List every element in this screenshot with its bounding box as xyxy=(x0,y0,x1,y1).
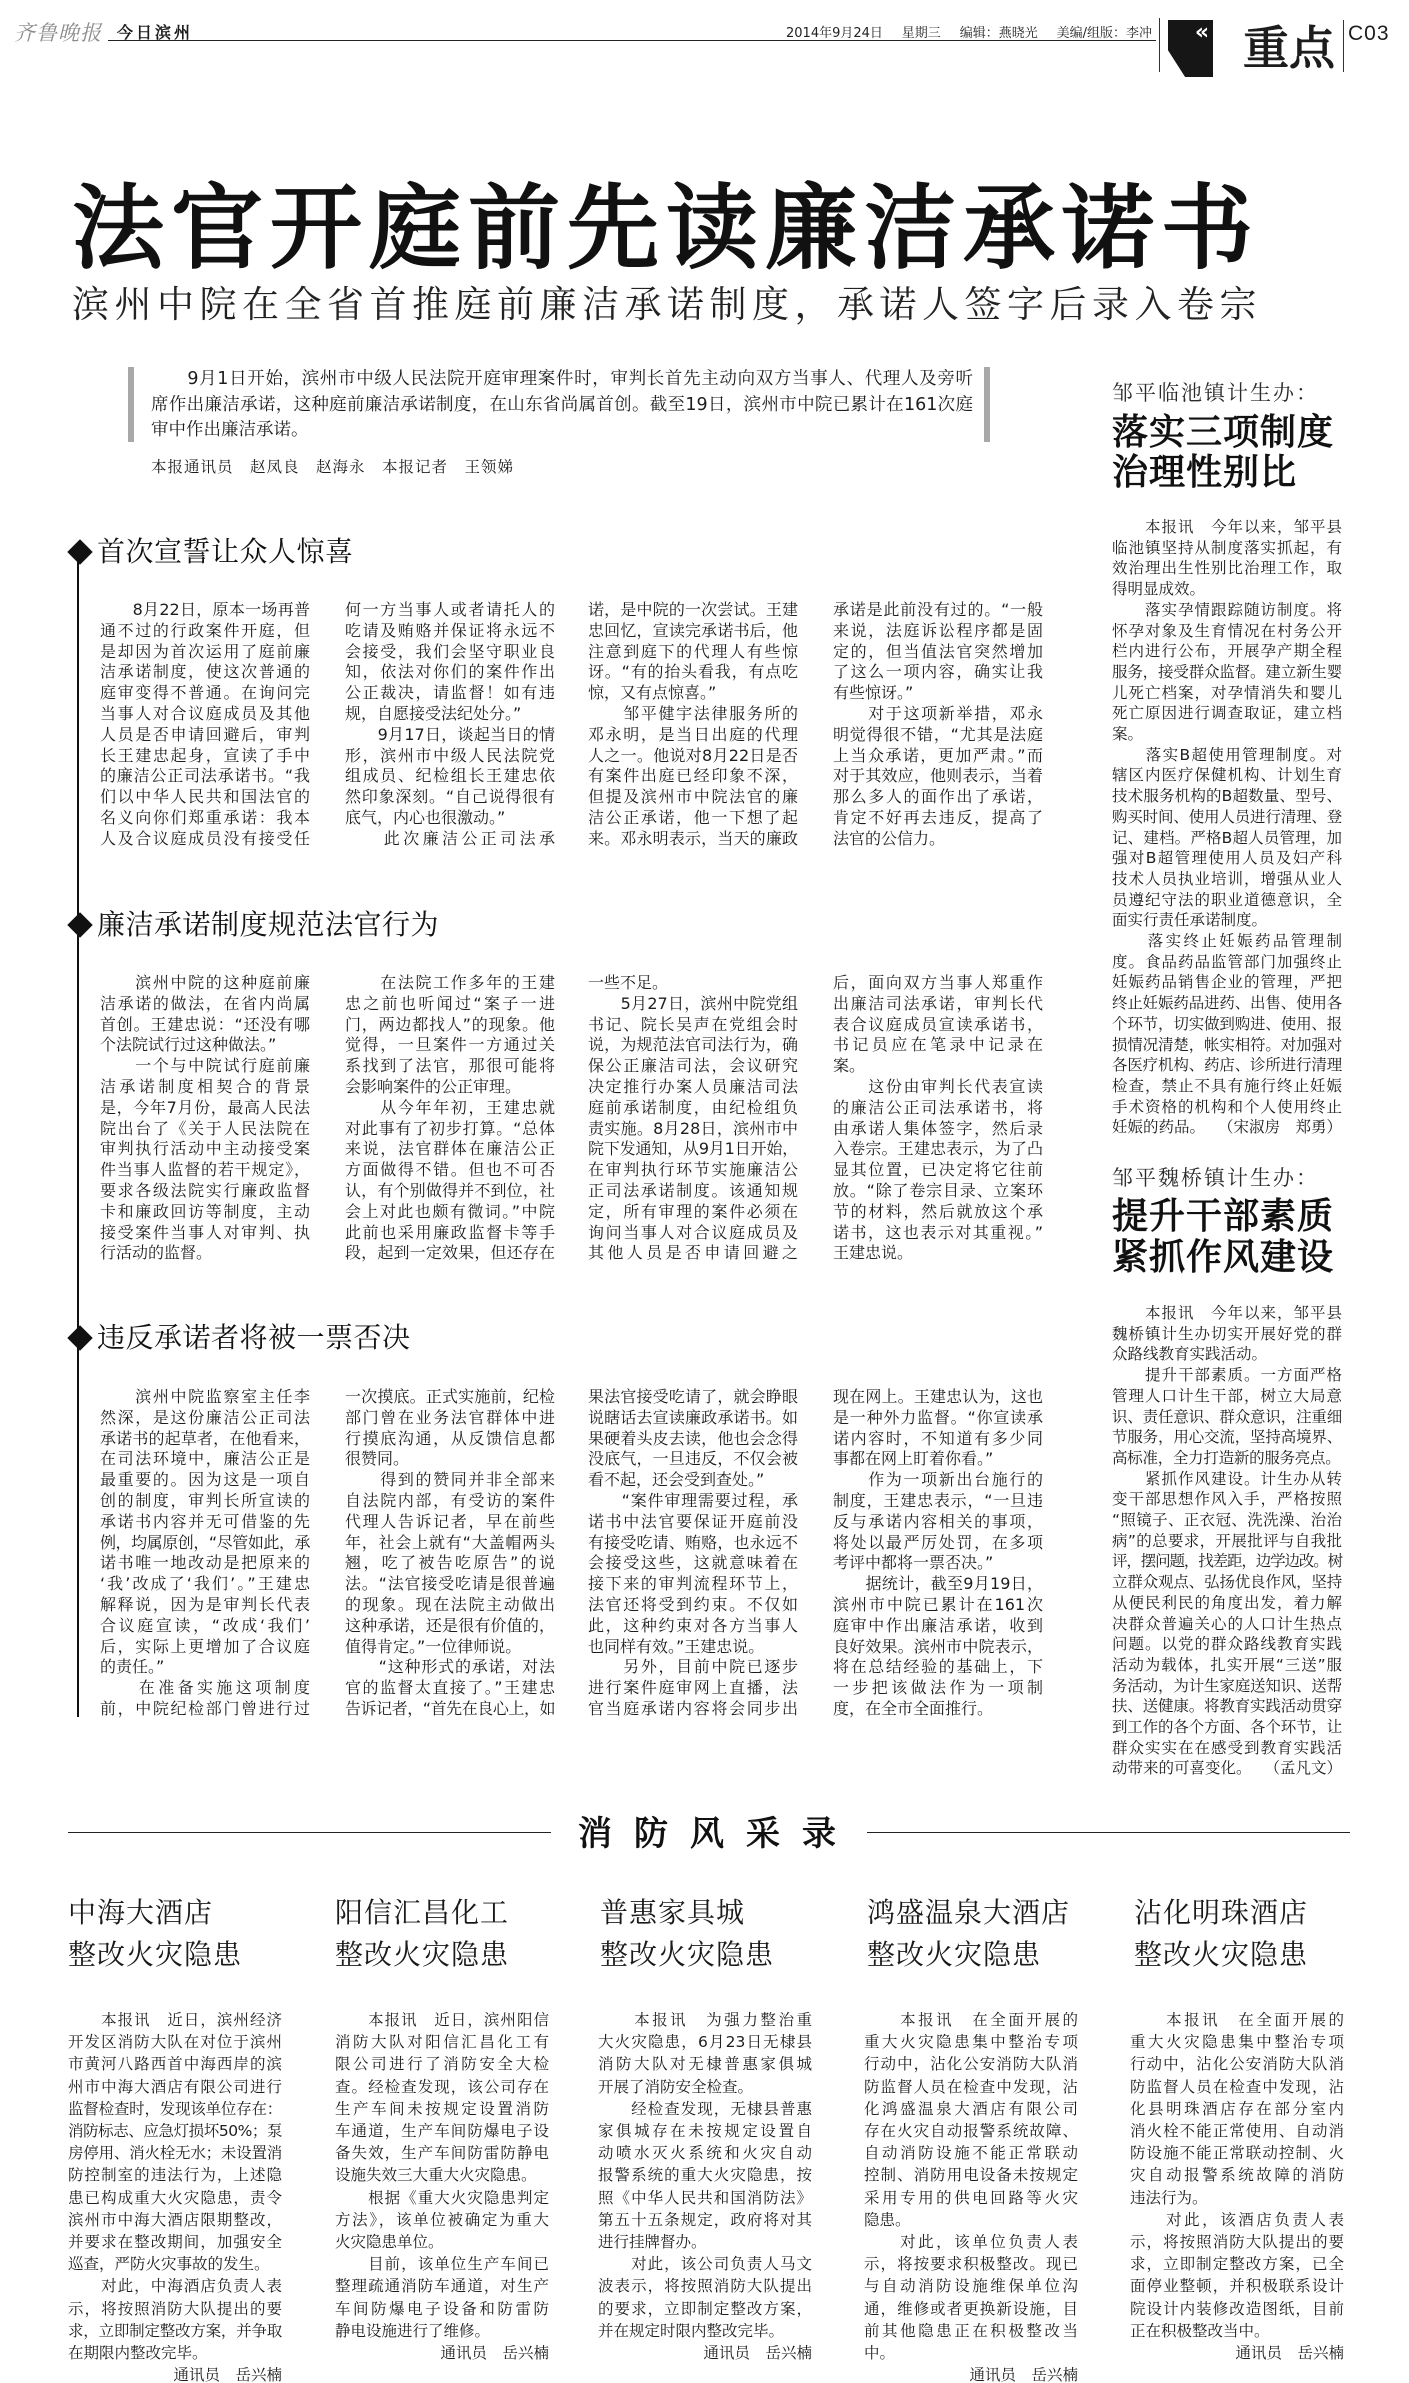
text-line: 第五十五条规定，政府将对其 xyxy=(598,2209,812,2231)
text-line: 在审判执行环节实施廉洁公 xyxy=(588,1160,798,1181)
text-line: 诺，是中院的一次尝试。王建 xyxy=(588,600,798,621)
text-line: 明觉得很不错，“尤其是法庭 xyxy=(833,725,1043,746)
text-line: 考评中都将一票否决。” xyxy=(833,1553,1043,1574)
text-line: 此次廉洁公正司法承 xyxy=(345,829,555,850)
text-line: 会接受，我们会坚守职业良 xyxy=(345,642,555,663)
diamond-bullet-icon xyxy=(67,539,92,564)
article-column: 后，面向双方当事人郑重作出廉洁司法承诺，审判长代表合议庭成员宣读承诺书，书记员应… xyxy=(833,973,1043,1264)
text-line: 将处以最严厉处罚，在多项 xyxy=(833,1533,1043,1554)
text-line: 从便民利民的角度出发，着力解 xyxy=(1112,1593,1342,1614)
text-line: 病”的总要求，开展批评与自我批 xyxy=(1112,1531,1342,1552)
text-line: 经检查发现，无棣县普惠 xyxy=(598,2098,812,2120)
text-line: 变干部思想作风入手，严格按照 xyxy=(1112,1489,1342,1510)
text-line: 落实B超使用管理制度。对 xyxy=(1112,745,1342,766)
text-line: “这种形式的承诺，对法 xyxy=(345,1657,555,1678)
text-line: 对于其效应，他则表示，当着 xyxy=(833,766,1043,787)
text-line: 会影响案件的公正审理。 xyxy=(345,1077,555,1098)
text-line: 何一方当事人或者请托人的 xyxy=(345,600,555,621)
text-line: 显其位置，已决定将它往前 xyxy=(833,1160,1043,1181)
text-line: 最重要的。因为这是一项自 xyxy=(100,1470,310,1491)
text-line: 度。食品药品监管部门加强终止 xyxy=(1112,952,1342,973)
issue-weekday: 星期三 xyxy=(902,26,941,42)
text-line: 诺书中法官要保证开庭前没 xyxy=(588,1512,798,1533)
text-line: 反与承诺内容相关的事项， xyxy=(833,1512,1043,1533)
text-line: 消防大队对阳信汇昌化工有 xyxy=(335,2031,549,2053)
text-line: 自法院内部，有受访的案件 xyxy=(345,1491,555,1512)
feature-item-title: 沾化明珠酒店 xyxy=(1134,1896,1308,1930)
text-line: 9月17日，谈起当日的情 xyxy=(345,725,555,746)
page-section-label: 重点 xyxy=(1243,22,1335,74)
text-line: 认，有个别做得并不到位，社 xyxy=(345,1181,555,1202)
text-line: 制度，王建忠表示，“一旦违 xyxy=(833,1491,1043,1512)
text-line: 注意到庭下的代理人有些惊 xyxy=(588,642,798,663)
text-line: 了这么一项内容，确实让我 xyxy=(833,662,1043,683)
text-line: 并在规定时限内整改完毕。 xyxy=(598,2320,812,2342)
text-line: 在司法环境中，廉洁公正是 xyxy=(100,1449,310,1470)
section-timeline xyxy=(77,552,79,1717)
text-line: 栏内进行公布，开展孕产期全程 xyxy=(1112,641,1342,662)
text-line: 没底气，一旦违反，不仅会被 xyxy=(588,1449,798,1470)
feature-item-byline: 通讯员 岳兴楠 xyxy=(598,2342,812,2364)
text-line: 火灾隐患单位。 xyxy=(335,2231,549,2253)
feature-item-body: 本报讯 在全面开展的重大火灾隐患集中整治专项行动中，沾化公安消防大队消防监督人员… xyxy=(1130,2009,1344,2342)
text-line: 忠回忆，宣读完承诺书后，他 xyxy=(588,621,798,642)
text-line: 面停业整顿，并积极联系设计 xyxy=(1130,2275,1344,2297)
text-line: 人及合议庭成员没有接受任 xyxy=(100,829,310,850)
text-line: “案件审理需要过程，承 xyxy=(588,1491,798,1512)
editor-credit: 编辑：燕晓光 xyxy=(960,26,1038,42)
text-line: 照《中华人民共和国消防法》 xyxy=(598,2187,812,2209)
article-column: 承诺是此前没有过的。“一般来说，法庭诉讼程序都是固定的，但当值法官突然增加了这么… xyxy=(833,600,1043,850)
text-line: 患已构成重大火灾隐患，责令 xyxy=(68,2187,282,2209)
article-subtitle: 滨州中院在全省首推庭前廉洁承诺制度，承诺人签字后录入卷宗 xyxy=(72,283,1262,327)
text-line: 是一种外力监督。“你宣读承 xyxy=(833,1408,1043,1429)
text-line: 防监督人员在检查中发现，沾 xyxy=(1130,2076,1344,2098)
text-line: 知，依法对你们的案件作出 xyxy=(345,662,555,683)
text-line: 在法院工作多年的王建 xyxy=(345,973,555,994)
text-line: 王建忠说。 xyxy=(833,1243,1043,1264)
article-column: 现在网上。王建忠认为，这也是一种外力监督。“你宣读承诺内容时，不知道有多少同事都… xyxy=(833,1387,1043,1720)
text-line: 临池镇坚持从制度落实抓起，有 xyxy=(1112,538,1342,559)
sidebar-headline: 治理性别比 xyxy=(1112,453,1297,494)
feature-item-title: 整改火灾隐患 xyxy=(68,1938,242,1972)
feature-item-column: 本报讯 为强力整治重大火灾隐患，6月23日无棣县消防大队对无棣普惠家俱城开展了消… xyxy=(598,2009,812,2364)
text-line: 灾自动报警系统故障的消防 xyxy=(1130,2164,1344,2186)
page-number: C03 xyxy=(1348,23,1390,45)
text-line: 妊娠药品销售企业的管理，严把 xyxy=(1112,972,1342,993)
text-line: 承诺书的起草者，在他看来， xyxy=(100,1429,310,1450)
text-line: 进行案件庭审网上直播，法 xyxy=(588,1678,798,1699)
text-line: 本报讯 在全面开展的 xyxy=(1130,2009,1344,2031)
text-line: 然印象深刻。“自己说得很有 xyxy=(345,787,555,808)
double-chevron-left-icon: « xyxy=(1190,22,1214,44)
text-line: 立群众观点、弘扬优良作风，坚持 xyxy=(1112,1572,1342,1593)
text-line: 接受案件当事人对审判、执 xyxy=(100,1223,310,1244)
feature-item-body: 本报讯 在全面开展的重大火灾隐患集中整治专项行动中，沾化公安消防大队消防监督人员… xyxy=(864,2009,1078,2364)
text-line: 官当庭承诺内容将会同步出 xyxy=(588,1699,798,1720)
text-line: 组成员、纪检组长王建忠依 xyxy=(345,766,555,787)
header-divider xyxy=(1159,18,1160,72)
text-line: 来说，法官群体在廉洁公正 xyxy=(345,1139,555,1160)
text-line: 肯定不好再去违反，提高了 xyxy=(833,808,1043,829)
text-line: “照镜子、正衣冠、洗洗澡、治治 xyxy=(1112,1510,1342,1531)
text-line: 5月27日，滨州中院党组 xyxy=(588,994,798,1015)
text-line: 部门曾在业务法官群体中进 xyxy=(345,1408,555,1429)
byline: （孟凡文） xyxy=(1264,1758,1342,1779)
text-line: 由承诺人集体签字，然后录 xyxy=(833,1119,1043,1140)
feature-item-title: 整改火灾隐患 xyxy=(335,1938,509,1972)
text-line: 的要求，立即制定整改方案， xyxy=(598,2298,812,2320)
text-line: 庭审变得不普通。在询问完 xyxy=(100,683,310,704)
text-line: 群众实实在在感受到教育实践活 xyxy=(1112,1738,1342,1759)
text-line: 查。经检查发现，该公司存在 xyxy=(335,2076,549,2098)
text-line: 年，社会上就有“大盖帽两头 xyxy=(345,1533,555,1554)
sidebar-headline: 提升干部素质 xyxy=(1112,1197,1334,1238)
text-line: 长王建忠起身，宣读了手中 xyxy=(100,746,310,767)
text-line: 院设计内装修改造图纸，目前 xyxy=(1130,2298,1344,2320)
text-line: 技术人员执业培训，增强从业人 xyxy=(1112,869,1342,890)
feature-item-body: 本报讯 为强力整治重大火灾隐患，6月23日无棣县消防大队对无棣普惠家俱城开展了消… xyxy=(598,2009,812,2342)
text-line: 紧抓作风建设。计生办从转 xyxy=(1112,1469,1342,1490)
text-line: 但提及滨州市中院法官的廉 xyxy=(588,787,798,808)
text-line: 节服务，用心交流，坚持高境界、 xyxy=(1112,1427,1342,1448)
text-line: 另外，目前中院已逐步 xyxy=(588,1657,798,1678)
article-column: 何一方当事人或者请托人的吃请及贿赂并保证将永远不会接受，我们会坚守职业良知，依法… xyxy=(345,600,555,850)
text-line: 果硬着头皮去读，他也会念得 xyxy=(588,1429,798,1450)
text-line: 员遵纪守法的职业道德意识，全 xyxy=(1112,890,1342,911)
diamond-bullet-icon xyxy=(67,912,92,937)
sidebar-kicker: 邹平临池镇计生办： xyxy=(1112,381,1319,405)
text-line: 监督检查时，发现该单位存在： xyxy=(68,2098,282,2120)
text-line: 示，将按要求积极整改。现已 xyxy=(864,2253,1078,2275)
feature-item-title: 整改火灾隐患 xyxy=(600,1938,774,1972)
text-line: 会上对此也颇有微词。”中院 xyxy=(345,1202,555,1223)
text-line: 上当众承诺，更加严肃。”而 xyxy=(833,746,1043,767)
text-line: 洁公正承诺，他一下想了起 xyxy=(588,808,798,829)
text-line: 本报讯 今年以来，邹平县 xyxy=(1112,1303,1342,1324)
text-line: 儿死亡档案，对孕情消失和婴儿 xyxy=(1112,683,1342,704)
text-line: 合议庭宣读，“改成‘我们’ xyxy=(100,1616,310,1637)
feature-banner: 消防风采录 xyxy=(578,1815,858,1853)
text-line: 通不过的行政案件开庭，但 xyxy=(100,621,310,642)
text-line: 洁承诺制度相契合的背景 xyxy=(100,1077,310,1098)
text-line: 务活动，为计生家庭送知识、送帮 xyxy=(1112,1676,1342,1697)
text-line: 事都在网上盯着你看。” xyxy=(833,1449,1043,1470)
text-line: 据统计，截至9月19日， xyxy=(833,1574,1043,1595)
feature-item-column: 本报讯 近日，滨州经济开发区消防大队在对位于滨州市黄河八路西首中海西岸的滨州市中… xyxy=(68,2009,282,2383)
text-line: 高标准，全力打造新的服务亮点。 xyxy=(1112,1448,1342,1469)
text-line: 从今年年初，王建忠就 xyxy=(345,1098,555,1119)
text-line: 邹平健宇法律服务所的 xyxy=(588,704,798,725)
text-line: 前，中院纪检部门曾进行过 xyxy=(100,1699,310,1720)
article-column: 滨州中院的这种庭前廉洁承诺的做法，在省内尚属首创。王建忠说：“还没有哪个法院试行… xyxy=(100,973,310,1264)
text-line: 说瞎话去宣读廉政承诺书。如 xyxy=(588,1408,798,1429)
text-line: 人之一。他说对8月22日是否 xyxy=(588,746,798,767)
text-line: 本报讯 近日，滨州阳信 xyxy=(335,2009,549,2031)
text-line: 良好效果。滨州市中院表示， xyxy=(833,1637,1043,1658)
text-line: 当事人对合议庭成员及其他 xyxy=(100,704,310,725)
text-line: 防监督人员在检查中发现，沾 xyxy=(864,2076,1078,2098)
text-line: 后，实际上更增加了合议庭 xyxy=(100,1637,310,1658)
text-line: 系找到了法官，那很可能将 xyxy=(345,1056,555,1077)
text-line: 技术服务机构的B超数量、型号、 xyxy=(1112,786,1342,807)
text-line: 入卷宗。王建忠表示，为了凸 xyxy=(833,1139,1043,1160)
feature-item-title: 鸿盛温泉大酒店 xyxy=(867,1896,1070,1930)
text-line: 巡查，严防火灾事故的发生。 xyxy=(68,2253,282,2275)
text-line: 现在网上。王建忠认为，这也 xyxy=(833,1387,1043,1408)
text-line: 求，立即制定整改方案，已全 xyxy=(1130,2253,1344,2275)
text-line: 一步把该做法作为一项制 xyxy=(833,1678,1043,1699)
text-line: 法。“法官接受吃请是很普遍 xyxy=(345,1574,555,1595)
text-line: 面实行责任承诺制度。 xyxy=(1112,910,1342,931)
text-line: 对此，该单位负责人表 xyxy=(864,2231,1078,2253)
text-line: 是，今年7月份，最高人民法 xyxy=(100,1098,310,1119)
text-line: 规，自愿接受法纪处分。” xyxy=(345,704,555,725)
text-line: 服务，接受群众监督。建立新生婴 xyxy=(1112,662,1342,683)
text-line: 首创。王建忠说：“还没有哪 xyxy=(100,1015,310,1036)
text-line: 要求各级法院实行廉政监督 xyxy=(100,1181,310,1202)
text-line: 法官的公信力。 xyxy=(833,829,1043,850)
text-line: 对于这项新举措，邓永 xyxy=(833,704,1043,725)
sidebar-kicker: 邹平魏桥镇计生办： xyxy=(1112,1166,1319,1190)
text-line: 重大火灾隐患集中整治专项 xyxy=(864,2031,1078,2053)
text-line: 波表示，将按照消防大队提出 xyxy=(598,2275,812,2297)
text-line: 正司法承诺制度。该通知规 xyxy=(588,1181,798,1202)
text-line: 们以中华人民共和国法官的 xyxy=(100,787,310,808)
text-line: 在准备实施这项制度 xyxy=(100,1678,310,1699)
text-line: 这种承诺，还是很有价值的， xyxy=(345,1616,555,1637)
article-column: 在法院工作多年的王建忠之前也听闻过“案子一进门，两边都找人”的现象。他觉得，一旦… xyxy=(345,973,555,1264)
text-line: 院出台了《关于人民法院在 xyxy=(100,1119,310,1140)
text-line: 会接受这些，这就意味着在 xyxy=(588,1553,798,1574)
text-line: 记、建档。严格B超人员管理，加 xyxy=(1112,828,1342,849)
feature-item-title: 整改火灾隐患 xyxy=(1134,1938,1308,1972)
text-line: 提升干部素质。一方面严格 xyxy=(1112,1365,1342,1386)
text-line: 个法院试行过这种做法。” xyxy=(100,1035,310,1056)
text-line: 度，在全市全面推行。 xyxy=(833,1699,1043,1720)
text-line: 强对B超管理使用人员及妇产科 xyxy=(1112,848,1342,869)
text-line: 扶、送健康。将教育实践活动贯穿 xyxy=(1112,1696,1342,1717)
text-line: 家俱城存在未按规定设置自 xyxy=(598,2120,812,2142)
text-line: 本报讯 今年以来，邹平县 xyxy=(1112,517,1342,538)
text-line: 法官还将受到约束。不仅如 xyxy=(588,1595,798,1616)
feature-item-title: 整改火灾隐患 xyxy=(867,1938,1041,1972)
text-line: 段，起到一定效果，但还存在 xyxy=(345,1243,555,1264)
text-line: 大火灾隐患，6月23日无棣县 xyxy=(598,2031,812,2053)
text-line: 9月1日开始，滨州市中级人民法院开庭审理案件时，审判长首先主动向双方当事人、代理… xyxy=(151,367,973,393)
text-line: 是却因为首次运用了庭前廉 xyxy=(100,642,310,663)
text-line: 个环节，切实做到购进、使用、报 xyxy=(1112,1014,1342,1035)
text-line: 活动为载体，扎实开展“三送”服 xyxy=(1112,1655,1342,1676)
text-line: 的现象。现在法院主动做出 xyxy=(345,1595,555,1616)
text-line: 这份由审判长代表宣读 xyxy=(833,1077,1043,1098)
text-line: 吃请及贿赂并保证将永远不 xyxy=(345,621,555,642)
text-line: 车通道，生产车间防爆电子设 xyxy=(335,2120,549,2142)
banner-rule-right xyxy=(867,1832,1350,1833)
text-line: 邓永明，是当日出庭的代理 xyxy=(588,725,798,746)
text-line: 忠之前也听闻过“案子一进 xyxy=(345,994,555,1015)
text-line: 其他人员是否申请回避之 xyxy=(588,1243,798,1264)
text-line: 限公司进行了消防安全大检 xyxy=(335,2053,549,2075)
text-line: 对此事有了初步打算。“总体 xyxy=(345,1119,555,1140)
text-line: 妊娠的药品。（宋淑房 郑勇） xyxy=(1112,1117,1342,1138)
text-line: 果法官接受吃请了，就会睁眼 xyxy=(588,1387,798,1408)
text-line: 得明显成效。 xyxy=(1112,579,1342,600)
text-line: 8月22日，原本一场再普 xyxy=(100,600,310,621)
text-line: 在期限内整改完毕。 xyxy=(68,2342,282,2364)
text-line: 滨州中院监察室主任李 xyxy=(100,1387,310,1408)
text-line: 告诉记者，“首先在良心上，如 xyxy=(345,1699,555,1720)
feature-item-column: 本报讯 近日，滨州阳信消防大队对阳信汇昌化工有限公司进行了消防安全大检查。经检查… xyxy=(335,2009,549,2364)
text-line: 采用专用的供电回路等火灾 xyxy=(864,2187,1078,2209)
text-line: 翘，吃了被告吃原告”的说 xyxy=(345,1553,555,1574)
text-line: 定的，但当值法官突然增加 xyxy=(833,642,1043,663)
text-line: 洁承诺的做法，在省内尚属 xyxy=(100,994,310,1015)
text-line: 询问当事人对合议庭成员及 xyxy=(588,1223,798,1244)
text-line: 生产车间未按规定设置消防 xyxy=(335,2098,549,2120)
article-column: 8月22日，原本一场再普通不过的行政案件开庭，但是却因为首次运用了庭前廉洁承诺制… xyxy=(100,600,310,850)
text-line: 的廉洁公正司法承诺书，将 xyxy=(833,1098,1043,1119)
text-line: 一次摸底。正式实施前，纪检 xyxy=(345,1387,555,1408)
text-line: 方法》，该单位被确定为重大 xyxy=(335,2209,549,2231)
feature-item-byline: 通讯员 岳兴楠 xyxy=(68,2364,282,2383)
text-line: 滨州中院的这种庭前廉 xyxy=(100,973,310,994)
text-line: 解释说，因为是审判长代表 xyxy=(100,1595,310,1616)
text-line: 后，面向双方当事人郑重作 xyxy=(833,973,1043,994)
text-line: 官的监督太直接了。”王建忠 xyxy=(345,1678,555,1699)
text-line: 市黄河八路西首中海西岸的滨 xyxy=(68,2053,282,2075)
article-byline: 本报通讯员 赵凤良 赵海永 本报记者 王领娣 xyxy=(151,457,514,477)
text-line: 控制、消防用电设备未按规定 xyxy=(864,2164,1078,2186)
text-line: 很赞同。 xyxy=(345,1449,555,1470)
text-line: 例，均属原创，“尽管如此，承 xyxy=(100,1533,310,1554)
text-line: 创的制度，审判长所宣读的 xyxy=(100,1491,310,1512)
text-line: 进行挂牌督办。 xyxy=(598,2231,812,2253)
text-line: 并要求在整改期间，加强安全 xyxy=(68,2231,282,2253)
text-line: 定，所有审理的案件必须在 xyxy=(588,1202,798,1223)
text-line: 动带来的可喜变化。（孟凡文） xyxy=(1112,1758,1342,1779)
text-line: 求，立即制定整改方案，并争取 xyxy=(68,2320,282,2342)
text-line: 辖区内医疗保健机构、计划生育 xyxy=(1112,765,1342,786)
text-line: 出廉洁司法承诺，审判长代 xyxy=(833,994,1043,1015)
text-line: 化鸿盛温泉大酒店有限公司 xyxy=(864,2098,1078,2120)
designer-credit: 美编/组版：李冲 xyxy=(1057,26,1152,42)
diamond-bullet-icon xyxy=(67,1325,92,1350)
text-line: 来说，法庭诉讼程序都是固 xyxy=(833,621,1043,642)
text-line: 魏桥镇计生办切实开展好党的群 xyxy=(1112,1324,1342,1345)
text-line: 底气，内心也很激动。” xyxy=(345,808,555,829)
text-line: 保公正廉洁司法，会议研究 xyxy=(588,1056,798,1077)
text-line: 洁承诺制度，使这次普通的 xyxy=(100,662,310,683)
text-line: 评，摆问题，找差距，边学边改。树 xyxy=(1112,1551,1342,1572)
text-line: 接下来的审判流程环节上， xyxy=(588,1574,798,1595)
text-line: 存在火灾自动报警系统故障、 xyxy=(864,2120,1078,2142)
article-title: 法官开庭前先读廉洁承诺书 xyxy=(72,179,1260,279)
text-line: 手术资格的机构和个人使用终止 xyxy=(1112,1097,1342,1118)
text-line: 损情况清楚，帐实相符。对加强对 xyxy=(1112,1035,1342,1056)
text-line: 静电设施进行了维修。 xyxy=(335,2320,549,2342)
text-line: 根据《重大火灾隐患判定 xyxy=(335,2187,549,2209)
text-line: 也同样有效。”王建忠说。 xyxy=(588,1637,798,1658)
text-line: 识、责任意识、群众意识，注重细 xyxy=(1112,1407,1342,1428)
text-line: 州市中海大酒店有限公司进行 xyxy=(68,2076,282,2098)
sidebar-article-body: 本报讯 今年以来，邹平县临池镇坚持从制度落实抓起，有效治理出生性别比治理工作，取… xyxy=(1112,517,1342,1138)
feature-item-title: 阳信汇昌化工 xyxy=(335,1896,509,1930)
text-line: 决群众普遍关心的人口计生热点 xyxy=(1112,1614,1342,1635)
text-line: 防设施不能正常联动控制、火 xyxy=(1130,2142,1344,2164)
text-line: 形，滨州市中级人民法院党 xyxy=(345,746,555,767)
text-line: 作为一项新出台施行的 xyxy=(833,1470,1043,1491)
feature-item-byline: 通讯员 岳兴楠 xyxy=(1130,2342,1344,2364)
sidebar-headline: 紧抓作风建设 xyxy=(1112,1238,1334,1279)
text-line: 的责任。” xyxy=(100,1657,310,1678)
text-line: 说，为规范法官司法行为，确 xyxy=(588,1035,798,1056)
feature-item-title: 中海大酒店 xyxy=(68,1896,213,1930)
text-line: 席作出廉洁承诺，这种庭前廉洁承诺制度，在山东省尚属首创。截至19日，滨州市中院已… xyxy=(151,393,973,419)
text-line: 与自动消防设施维保单位沟 xyxy=(864,2275,1078,2297)
text-line: 有接受吃请、贿赂，也永远不 xyxy=(588,1533,798,1554)
text-line: 惊，又有点惊喜。” xyxy=(588,683,798,704)
text-line: 讶。“有的抬头看我，有点吃 xyxy=(588,662,798,683)
text-line: 审中作出廉洁承诺。 xyxy=(151,418,973,444)
text-line: 房停用、消火栓无水；未设置消 xyxy=(68,2142,282,2164)
text-line: 死亡原因进行调查取证，建立档 xyxy=(1112,703,1342,724)
text-line: 重大火灾隐患集中整治专项 xyxy=(1130,2031,1344,2053)
text-line: 终止妊娠药品进药、出售、使用各 xyxy=(1112,993,1342,1014)
feature-item-body: 本报讯 近日，滨州阳信消防大队对阳信汇昌化工有限公司进行了消防安全大检查。经检查… xyxy=(335,2009,549,2342)
article-column: 滨州中院监察室主任李然深，是这份廉洁公正司法承诺书的起草者，在他看来，在司法环境… xyxy=(100,1387,310,1720)
text-line: 整理疏通消防车通道，对生产 xyxy=(335,2275,549,2297)
text-line: 承诺是此前没有过的。“一般 xyxy=(833,600,1043,621)
text-line: 消防标志、应急灯损坏50%；泵 xyxy=(68,2120,282,2142)
article-column: 一次摸底。正式实施前，纪检部门曾在业务法官群体中进行摸底沟通，从反馈信息都很赞同… xyxy=(345,1387,555,1720)
text-line: 代理人告诉记者，早在前些 xyxy=(345,1512,555,1533)
text-line: 卡和廉政回访等制度，主动 xyxy=(100,1202,310,1223)
text-line: 院下发通知，从9月1日开始， xyxy=(588,1139,798,1160)
banner-rule-left xyxy=(68,1832,551,1833)
text-line: 名义向你们郑重承诺：我本 xyxy=(100,808,310,829)
text-line: 对此，该公司负责人马文 xyxy=(598,2253,812,2275)
text-line: 滨州市中海大酒店限期整改， xyxy=(68,2209,282,2231)
text-line: 备失效，生产车间防雷防静电 xyxy=(335,2142,549,2164)
text-line: 行动中，沾化公安消防大队消 xyxy=(864,2053,1078,2075)
text-line: 觉得，一旦案件一方通过关 xyxy=(345,1035,555,1056)
text-line: 诺书唯一地改动是把原来的 xyxy=(100,1553,310,1574)
text-line: 有些惊讶。” xyxy=(833,683,1043,704)
sidebar-article-body: 本报讯 今年以来，邹平县魏桥镇计生办切实开展好党的群众路线教育实践活动。 提升干… xyxy=(1112,1303,1342,1779)
text-line: 购买时间、使用人员进行清理、登 xyxy=(1112,807,1342,828)
feature-item-column: 本报讯 在全面开展的重大火灾隐患集中整治专项行动中，沾化公安消防大队消防监督人员… xyxy=(864,2009,1078,2383)
issue-meta: 2014年9月24日 星期三 编辑：燕晓光 美编/组版：李冲 xyxy=(786,26,1152,42)
text-line: 看不起，还会受到查处。” xyxy=(588,1470,798,1491)
text-line: 示，将按照消防大队提出的要 xyxy=(1130,2231,1344,2253)
text-line: 前其他隐患正在积极整改当 xyxy=(864,2320,1078,2342)
text-line: 方面做得不错。但也不可否 xyxy=(345,1160,555,1181)
text-line: 众路线教育实践活动。 xyxy=(1112,1344,1342,1365)
text-line: 此，这种约束对各方当事人 xyxy=(588,1616,798,1637)
text-line: 有案件出庭已经印象不深， xyxy=(588,766,798,787)
text-line: 书记员应在笔录中记录在 xyxy=(833,1035,1043,1056)
text-line: 消防大队对无棣普惠家俱城 xyxy=(598,2053,812,2075)
text-line: 动喷水灭火系统和火灾自动 xyxy=(598,2142,812,2164)
text-line: 目前，该单位生产车间已 xyxy=(335,2253,549,2275)
text-line: 中。 xyxy=(864,2342,1078,2364)
text-line: 将在总结经验的基础上，下 xyxy=(833,1657,1043,1678)
text-line: 防控制室的违法行为，上述隐 xyxy=(68,2164,282,2186)
text-line: 本报讯 在全面开展的 xyxy=(864,2009,1078,2031)
text-line: 隐患。 xyxy=(864,2209,1078,2231)
text-line: 行动中，沾化公安消防大队消 xyxy=(1130,2053,1344,2075)
